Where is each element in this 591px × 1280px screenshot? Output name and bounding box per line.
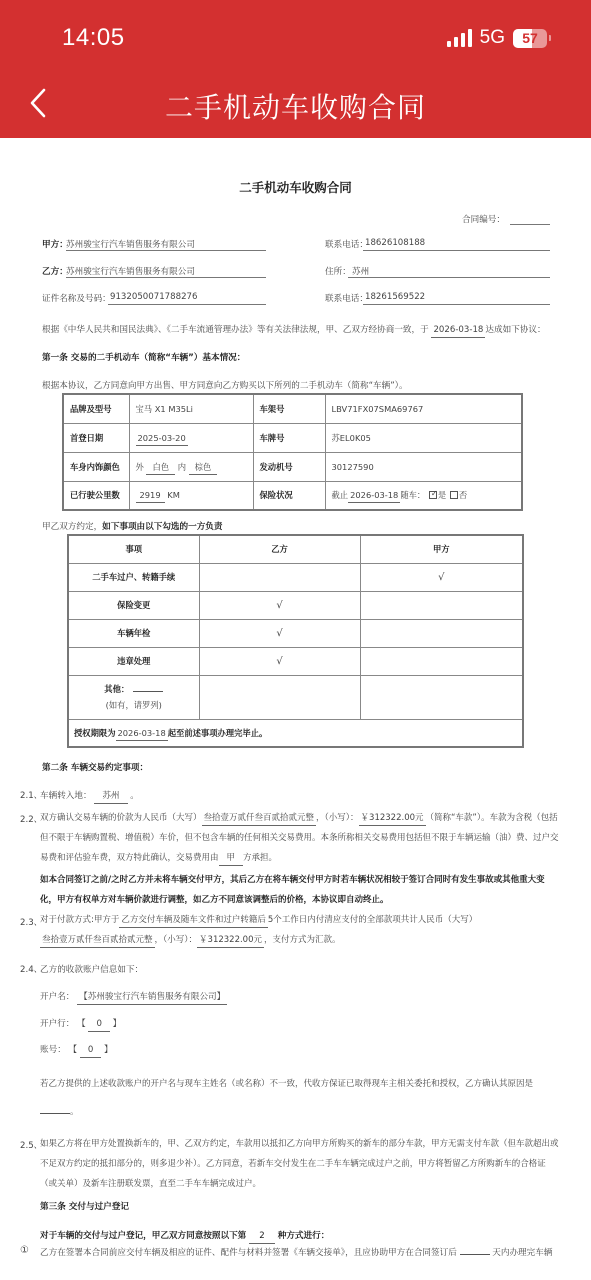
- exterior-color: 白色: [146, 462, 175, 475]
- party-b-check[interactable]: [199, 563, 360, 591]
- responsibility-table: 事项 乙方 甲方 二手车过户、转籍手续 √ 保险变更 √ 车辆年检 √ 违章处理…: [67, 534, 524, 748]
- party-b-check[interactable]: √: [199, 591, 360, 619]
- delivery-option: 2: [249, 1231, 274, 1244]
- account-bank: 0: [88, 1019, 109, 1032]
- article-3-intro: 对于车辆的交付与过户登记，甲乙双方同意按照以下第 2 种方式进行：: [40, 1229, 329, 1241]
- reg-date-value: 2025-03-20: [136, 433, 188, 446]
- auth-date: 2026-03-18: [116, 728, 168, 741]
- price-lowercase: ￥312322.00元: [359, 813, 426, 826]
- party-a-check[interactable]: [360, 647, 523, 675]
- article-1-text: 根据本协议，乙方同意向甲方出售、甲方同意向乙方购买以下所列的二手机动车（简称“车…: [42, 379, 408, 391]
- account-number-row: 账号： 【 0 】: [40, 1043, 113, 1055]
- contract-title: 二手机动车收购合同: [0, 178, 591, 196]
- option-1-text: 乙方在签署本合同前应交付车辆及相应的证件、配件与材料并签署《车辆交接单》，且应协…: [40, 1246, 552, 1258]
- party-a-label: 甲方：: [42, 238, 68, 250]
- app-header: 14:05 5G 57 二手机动车收购合同: [0, 0, 591, 138]
- vehicle-info-table: 品牌及型号 宝马 X1 M35Li 车架号 LBV71FX07SMA69767 …: [62, 393, 523, 511]
- party-a-phone: 18626108188: [365, 238, 425, 248]
- page-title: 二手机动车收购合同: [0, 86, 591, 126]
- table-row: 已行驶公里数 2919 KM 保险状况 截止2026-03-18随车： ✓是 否: [63, 481, 522, 510]
- id-label: 证件名称及号码：: [42, 292, 111, 304]
- network-type: 5G: [480, 27, 505, 49]
- account-bank-row: 开户行： 【 0 】: [40, 1017, 121, 1029]
- clause-2-4-note: 若乙方提供的上述收款账户的开户名与现车主姓名（或名称）不一致，代收方保证已取得现…: [40, 1070, 560, 1126]
- clause-2-2-note: 如本合同签订之前/之时乙方并未将车辆交付甲方，其后乙方在将车辆交付甲方时若车辆状…: [40, 870, 560, 910]
- account-name-row: 开户名： 【苏州骏宝行汽车销售服务有限公司】: [40, 990, 227, 1002]
- clause-2-1: 车辆转入地： 苏州 。: [40, 789, 139, 801]
- clause-2-5: 如果乙方将在甲方处置换新车的，甲、乙双方约定，车款用以抵扣乙方向甲方所购买的新车…: [40, 1134, 560, 1194]
- party-a-check[interactable]: [360, 591, 523, 619]
- party-a-check[interactable]: √: [360, 563, 523, 591]
- contract-document[interactable]: 二手机动车收购合同 合同编号： 甲方： 苏州骏宝行汽车销售服务有限公司 联系电话…: [0, 138, 591, 1280]
- intro-text: 根据《中华人民共和国民法典》、《二手车流通管理办法》等有关法律法规，甲、乙双方经…: [42, 323, 546, 335]
- table-row: 保险变更 √: [68, 591, 523, 619]
- clause-2-3: 对于付款方式:甲方于乙方交付车辆及随车文件和过户转籍后5个工作日内付清应支付的全…: [40, 910, 560, 950]
- table-row: 二手车过户、转籍手续 √: [68, 563, 523, 591]
- table-row-auth: 授权期限为2026-03-18起至前述事项办理完毕止。: [68, 719, 523, 747]
- party-b-value: 苏州骏宝行汽车销售服务有限公司: [66, 265, 195, 277]
- status-time: 14:05: [62, 24, 125, 52]
- table-row: 违章处理 √: [68, 647, 523, 675]
- table-header: 事项 乙方 甲方: [68, 535, 523, 563]
- party-b-phone-label: 联系电话：: [325, 292, 368, 304]
- party-a-phone-label: 联系电话：: [325, 238, 368, 250]
- insurance-no-checkbox[interactable]: [450, 491, 458, 499]
- table-row-other: 其他： (如有，请罗列): [68, 675, 523, 719]
- battery-cap: [549, 35, 551, 41]
- party-b-check[interactable]: √: [199, 619, 360, 647]
- plate-value: 苏EL0K05: [325, 423, 522, 452]
- table-row: 首登日期 2025-03-20 车牌号 苏EL0K05: [63, 423, 522, 452]
- article-1-title: 第一条 交易的二手机动车（简称“车辆”）基本情况：: [42, 351, 245, 363]
- article-3-title: 第三条 交付与过户登记: [40, 1200, 129, 1212]
- battery-level: 57: [513, 29, 547, 48]
- contract-no-label: 合同编号：: [462, 213, 505, 225]
- agreement-date: 2026-03-18: [431, 325, 485, 338]
- clause-2-2: 双方确认交易车辆的价款为人民币（大写）叁拾壹万贰仟叁百贰拾贰元整，（小写）：￥3…: [40, 808, 560, 868]
- transfer-city: 苏州: [94, 791, 127, 804]
- mileage-value: 2919: [136, 490, 165, 503]
- table-row: 品牌及型号 宝马 X1 M35Li 车架号 LBV71FX07SMA69767: [63, 394, 522, 423]
- price-uppercase: 叁拾壹万贰仟叁百贰拾贰元整: [202, 813, 317, 826]
- table-row: 车辆年检 √: [68, 619, 523, 647]
- status-indicators: 5G 57: [447, 27, 551, 49]
- party-b-check[interactable]: [199, 675, 360, 719]
- engine-value: 30127590: [325, 452, 522, 481]
- battery-icon: 57: [513, 29, 547, 48]
- interior-color: 棕色: [189, 462, 218, 475]
- party-b-label: 乙方：: [42, 265, 68, 277]
- party-a-check[interactable]: [360, 619, 523, 647]
- party-b-address: 苏州: [352, 265, 369, 277]
- responsibility-intro: 甲乙双方约定，如下事项由以下勾选的一方负责: [42, 520, 223, 532]
- brand-value: 宝马 X1 M35Li: [129, 394, 253, 423]
- signal-icon: [447, 29, 472, 47]
- account-name: 【苏州骏宝行汽车销售服务有限公司】: [77, 992, 227, 1005]
- party-a-value: 苏州骏宝行汽车销售服务有限公司: [66, 238, 195, 250]
- table-row: 车身内饰颜色 外 白色 内 棕色 发动机号 30127590: [63, 452, 522, 481]
- party-b-check[interactable]: √: [199, 647, 360, 675]
- insurance-date: 2026-03-18: [348, 490, 400, 503]
- insurance-yes-checkbox[interactable]: ✓: [429, 491, 437, 499]
- article-2-title: 第二条 车辆交易约定事项：: [42, 761, 148, 773]
- clause-2-4-title: 乙方的收款账户信息如下：: [40, 963, 143, 975]
- fee-party: 甲: [219, 853, 244, 866]
- party-b-address-label: 住所：: [325, 265, 351, 277]
- party-a-check[interactable]: [360, 675, 523, 719]
- contract-no-field[interactable]: [510, 224, 550, 225]
- party-b-phone: 18261569522: [365, 292, 425, 302]
- account-number: 0: [80, 1045, 101, 1058]
- vin-value: LBV71FX07SMA69767: [325, 394, 522, 423]
- id-value: 9132050071788276: [110, 292, 197, 302]
